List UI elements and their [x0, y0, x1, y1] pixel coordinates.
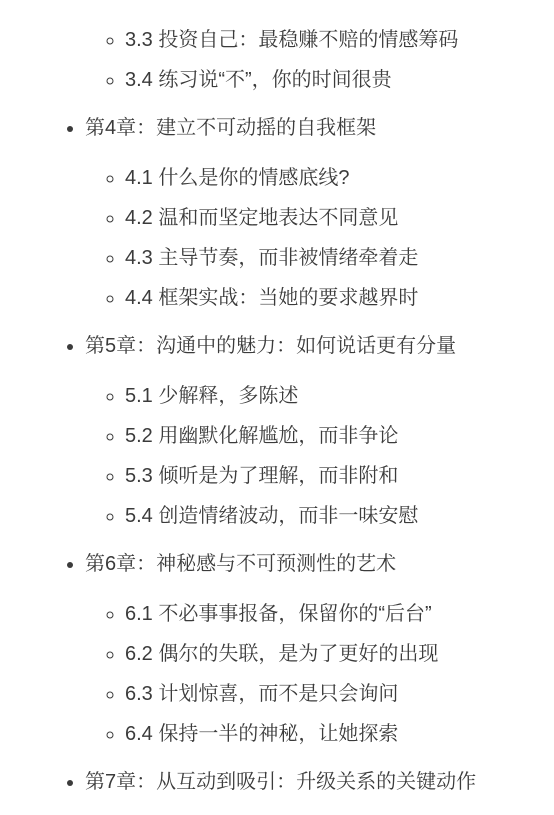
toc-section-item: 6.3 计划惊喜，而不是只会询问	[125, 679, 540, 709]
toc-section-item: 4.4 框架实战：当她的要求越界时	[125, 283, 540, 313]
section-list-chapter-5: 5.1 少解释，多陈述 5.2 用幽默化解尴尬，而非争论 5.3 倾听是为了理解…	[85, 381, 540, 531]
document-page: { "colors": { "background": "#ffffff", "…	[0, 0, 554, 815]
table-of-contents: 3.3 投资自己：最稳赚不赔的情感筹码 3.4 练习说“不”，你的时间很贵 第4…	[45, 25, 540, 797]
section-list-chapter-3: 3.3 投资自己：最稳赚不赔的情感筹码 3.4 练习说“不”，你的时间很贵	[85, 25, 540, 95]
toc-section-item: 5.2 用幽默化解尴尬，而非争论	[125, 421, 540, 451]
chapter-3-partial: 3.3 投资自己：最稳赚不赔的情感筹码 3.4 练习说“不”，你的时间很贵	[85, 25, 540, 95]
section-list-chapter-6: 6.1 不必事事报备，保留你的“后台” 6.2 偶尔的失联，是为了更好的出现 6…	[85, 599, 540, 749]
toc-section-item: 4.2 温和而坚定地表达不同意见	[125, 203, 540, 233]
chapter-title: 第5章：沟通中的魅力：如何说话更有分量	[85, 335, 456, 357]
toc-section-item: 5.1 少解释，多陈述	[125, 381, 540, 411]
toc-section-item: 6.2 偶尔的失联，是为了更好的出现	[125, 639, 540, 669]
toc-chapter-item: 第4章：建立不可动摇的自我框架 4.1 什么是你的情感底线? 4.2 温和而坚定…	[85, 113, 540, 313]
toc-section-item: 5.3 倾听是为了理解，而非附和	[125, 461, 540, 491]
toc-section-item: 3.4 练习说“不”，你的时间很贵	[125, 65, 540, 95]
toc-section-item: 5.4 创造情绪波动，而非一味安慰	[125, 501, 540, 531]
toc-section-item: 3.3 投资自己：最稳赚不赔的情感筹码	[125, 25, 540, 55]
toc-section-item: 6.1 不必事事报备，保留你的“后台”	[125, 599, 540, 629]
chapter-title: 第4章：建立不可动摇的自我框架	[85, 117, 376, 139]
toc-section-item: 6.4 保持一半的神秘，让她探索	[125, 719, 540, 749]
toc-section-item: 4.3 主导节奏，而非被情绪牵着走	[125, 243, 540, 273]
chapter-title: 第6章：神秘感与不可预测性的艺术	[85, 553, 396, 575]
chapter-list: 3.3 投资自己：最稳赚不赔的情感筹码 3.4 练习说“不”，你的时间很贵 第4…	[45, 25, 540, 797]
toc-section-item: 4.1 什么是你的情感底线?	[125, 163, 540, 193]
chapter-title: 第7章：从互动到吸引：升级关系的关键动作	[85, 771, 476, 793]
section-list-chapter-4: 4.1 什么是你的情感底线? 4.2 温和而坚定地表达不同意见 4.3 主导节奏…	[85, 163, 540, 313]
toc-chapter-item: 第6章：神秘感与不可预测性的艺术 6.1 不必事事报备，保留你的“后台” 6.2…	[85, 549, 540, 749]
toc-chapter-item: 第7章：从互动到吸引：升级关系的关键动作	[85, 767, 540, 797]
toc-chapter-item: 第5章：沟通中的魅力：如何说话更有分量 5.1 少解释，多陈述 5.2 用幽默化…	[85, 331, 540, 531]
